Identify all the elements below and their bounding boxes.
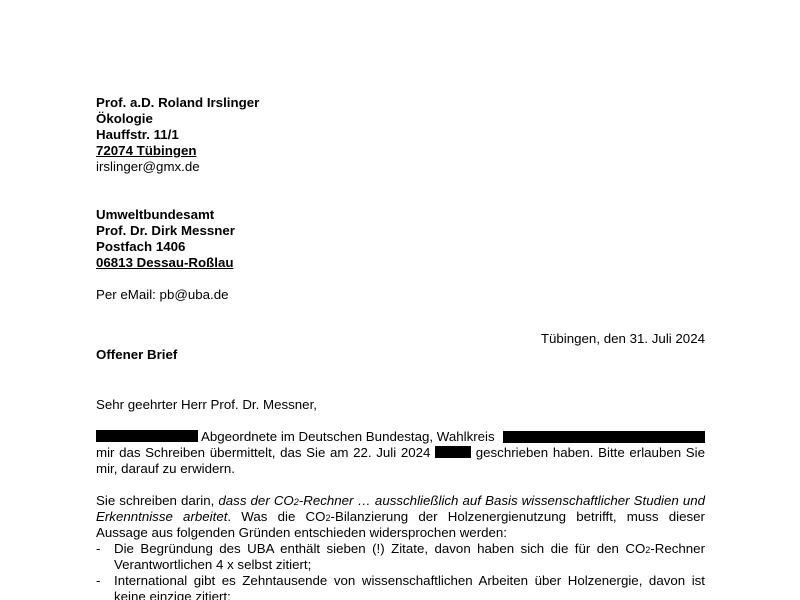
bullet-text: Die Begründung des UBA enthält sieben (!… — [114, 541, 645, 556]
paragraph2-line3: Aussage aus folgenden Gründen entschiede… — [96, 525, 507, 541]
recipient-city: 06813 Dessau-Roßlau — [96, 255, 233, 271]
sender-street: Hauffstr. 11/1 — [96, 127, 179, 143]
date-line: Tübingen, den 31. Juli 2024 — [541, 331, 705, 347]
redaction-box — [503, 431, 705, 443]
paragraph2-text: -Bilanzierung der Holzenergienutzung bet… — [331, 509, 705, 524]
recipient-organization: Umweltbundesamt — [96, 207, 214, 223]
redaction-box — [435, 446, 471, 458]
bullet1-line1: Die Begründung des UBA enthält sieben (!… — [114, 541, 705, 557]
paragraph1-line3: mir, darauf zu erwidern. — [96, 461, 235, 477]
recipient-name: Prof. Dr. Dirk Messner — [96, 223, 235, 239]
bullet2-line2: keine einzige zitiert; — [114, 589, 231, 600]
sender-name: Prof. a.D. Roland Irslinger — [96, 95, 259, 111]
salutation: Sehr geehrter Herr Prof. Dr. Messner, — [96, 397, 317, 413]
paragraph2-text: . Was die CO — [227, 509, 325, 524]
bullet2-line1: International gibt es Zehntausende von w… — [114, 573, 705, 589]
sender-department: Ökologie — [96, 111, 153, 127]
paragraph1-text: Abgeordnete im Deutschen Bundestag, Wahl… — [201, 429, 495, 444]
letter-page: Prof. a.D. Roland Irslinger Ökologie Hau… — [0, 0, 800, 600]
recipient-email: Per eMail: pb@uba.de — [96, 287, 229, 303]
subscript: 2 — [645, 545, 650, 555]
sender-city: 72074 Tübingen — [96, 143, 197, 159]
bullet-text: -Rechner — [650, 541, 705, 556]
paragraph1-line1: Abgeordnete im Deutschen Bundestag, Wahl… — [96, 429, 705, 445]
paragraph2-text: Sie schreiben darin, — [96, 493, 218, 508]
bullet-marker: - — [96, 541, 100, 557]
subject: Offener Brief — [96, 347, 177, 363]
paragraph2-quote: -Rechner … ausschließlich auf Basis wiss… — [299, 493, 705, 508]
subscript: 2 — [294, 497, 299, 507]
bullet-marker: - — [96, 573, 100, 589]
paragraph1-line2: mir das Schreiben übermittelt, das Sie a… — [96, 445, 705, 461]
redaction-box — [96, 430, 198, 442]
subscript: 2 — [326, 513, 331, 523]
paragraph2-line1: Sie schreiben darin, dass der CO2-Rechne… — [96, 493, 705, 509]
paragraph1-text: geschrieben haben. Bitte erlauben Sie — [476, 445, 705, 460]
paragraph1-text: mir das Schreiben übermittelt, das Sie a… — [96, 445, 430, 460]
recipient-postbox: Postfach 1406 — [96, 239, 185, 255]
paragraph2-quote: dass der CO — [218, 493, 293, 508]
paragraph2-quote: Erkenntnisse arbeitet — [96, 509, 227, 524]
bullet1-line2: Verantwortlichen 4 x selbst zitiert; — [114, 557, 311, 573]
paragraph2-line2: Erkenntnisse arbeitet. Was die CO2-Bilan… — [96, 509, 705, 525]
sender-email: irslinger@gmx.de — [96, 159, 200, 175]
